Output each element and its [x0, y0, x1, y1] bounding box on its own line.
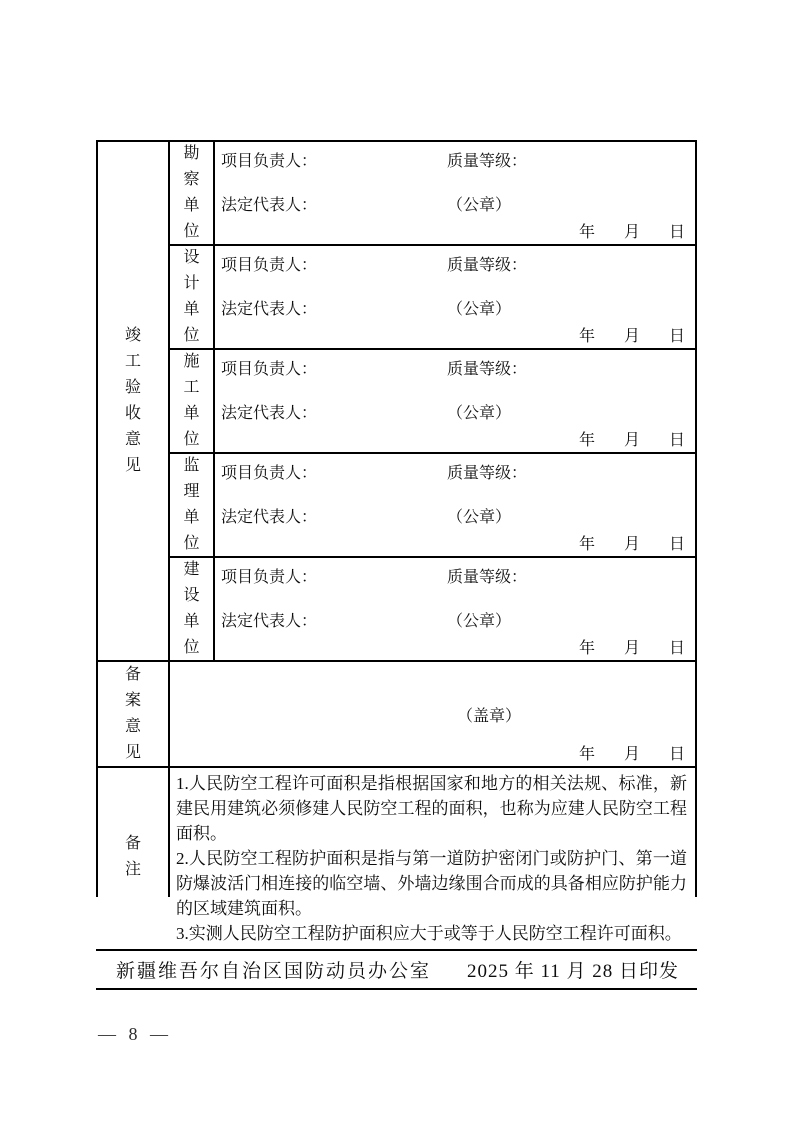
legal-rep-label: 法定代表人：: [221, 608, 447, 631]
official-seal-label: （盖章）: [457, 703, 521, 726]
unit-line-2: 法定代表人： （公章）: [221, 504, 695, 527]
unit-label-survey: 勘察单位: [183, 141, 200, 245]
quality-grade-label: 质量等级：: [447, 252, 527, 275]
company-seal-label: （公章）: [447, 296, 511, 319]
unit-line-1: 项目负责人： 质量等级：: [221, 460, 695, 483]
note-item-1: 1.人民防空工程许可面积是指根据国家和地方的相关法规、标准，新建民用建筑必须修建…: [176, 771, 687, 846]
unit-label-supervision: 监理单位: [183, 453, 200, 557]
legal-rep-label: 法定代表人：: [221, 504, 447, 527]
project-lead-label: 项目负责人：: [221, 356, 447, 379]
unit-content-cell-construction: 项目负责人： 质量等级： 法定代表人： （公章） 年 月 日: [215, 350, 695, 452]
year-label: 年: [579, 741, 595, 764]
unit-label-cell-supervision: 监理单位: [170, 454, 213, 556]
legal-rep-label: 法定代表人：: [221, 400, 447, 423]
unit-label-cell-design: 设计单位: [170, 246, 213, 348]
filing-section-label-cell: 备案意见: [98, 662, 168, 766]
day-label: 日: [669, 635, 685, 658]
date-line: 年 月 日: [579, 531, 685, 554]
acceptance-section-label-cell: 竣工验收意见: [98, 142, 168, 660]
unit-line-1: 项目负责人： 质量等级：: [221, 252, 695, 275]
year-label: 年: [579, 635, 595, 658]
month-label: 月: [624, 323, 640, 346]
date-line: 年 月 日: [579, 427, 685, 450]
company-seal-label: （公章）: [447, 400, 511, 423]
acceptance-table: 竣工验收意见 勘察单位 项目负责人： 质量等级： 法定代表人： （公章） 年 月…: [96, 140, 697, 897]
unit-label-cell-owner: 建设单位: [170, 558, 213, 660]
issuing-office: 新疆维吾尔自治区国防动员办公室: [116, 956, 431, 983]
project-lead-label: 项目负责人：: [221, 564, 447, 587]
unit-content-cell-supervision: 项目负责人： 质量等级： 法定代表人： （公章） 年 月 日: [215, 454, 695, 556]
month-label: 月: [624, 219, 640, 242]
date-line: 年 月 日: [579, 741, 685, 764]
project-lead-label: 项目负责人：: [221, 148, 447, 171]
note-item-3: 3.实测人民防空工程防护面积应大于或等于人民防空工程许可面积。: [176, 921, 687, 946]
project-lead-label: 项目负责人：: [221, 460, 447, 483]
month-label: 月: [624, 427, 640, 450]
day-label: 日: [669, 741, 685, 764]
month-label: 月: [624, 741, 640, 764]
acceptance-section-label: 竣工验收意见: [125, 323, 142, 479]
unit-content-cell-design: 项目负责人： 质量等级： 法定代表人： （公章） 年 月 日: [215, 246, 695, 348]
legal-rep-label: 法定代表人：: [221, 296, 447, 319]
page-number: — 8 —: [98, 1024, 172, 1045]
date-line: 年 月 日: [579, 635, 685, 658]
month-label: 月: [624, 531, 640, 554]
unit-label-cell-survey: 勘察单位: [170, 142, 213, 244]
unit-label-design: 设计单位: [183, 245, 200, 349]
unit-line-2: 法定代表人： （公章）: [221, 192, 695, 215]
quality-grade-label: 质量等级：: [447, 356, 527, 379]
notes-section-label: 备注: [125, 831, 142, 883]
day-label: 日: [669, 427, 685, 450]
company-seal-label: （公章）: [447, 504, 511, 527]
quality-grade-label: 质量等级：: [447, 460, 527, 483]
print-date: 2025 年 11 月 28 日印发: [467, 956, 679, 983]
company-seal-label: （公章）: [447, 192, 511, 215]
company-seal-label: （公章）: [447, 608, 511, 631]
day-label: 日: [669, 531, 685, 554]
unit-label-construction: 施工单位: [183, 349, 200, 453]
day-label: 日: [669, 323, 685, 346]
date-line: 年 月 日: [579, 323, 685, 346]
unit-line-2: 法定代表人： （公章）: [221, 296, 695, 319]
unit-line-1: 项目负责人： 质量等级：: [221, 356, 695, 379]
filing-section-label: 备案意见: [125, 662, 142, 766]
notes-section-label-cell: 备注: [98, 768, 168, 946]
note-item-2: 2.人民防空工程防护面积是指与第一道防护密闭门或防护门、第一道防爆波活门相连接的…: [176, 846, 687, 921]
year-label: 年: [579, 323, 595, 346]
notes-content-cell: 1.人民防空工程许可面积是指根据国家和地方的相关法规、标准，新建民用建筑必须修建…: [170, 768, 695, 946]
unit-label-owner: 建设单位: [183, 557, 200, 661]
date-line: 年 月 日: [579, 219, 685, 242]
colophon: 新疆维吾尔自治区国防动员办公室 2025 年 11 月 28 日印发: [96, 949, 697, 990]
month-label: 月: [624, 635, 640, 658]
unit-line-1: 项目负责人： 质量等级：: [221, 148, 695, 171]
year-label: 年: [579, 531, 595, 554]
unit-label-cell-construction: 施工单位: [170, 350, 213, 452]
year-label: 年: [579, 219, 595, 242]
unit-content-cell-owner: 项目负责人： 质量等级： 法定代表人： （公章） 年 月 日: [215, 558, 695, 660]
year-label: 年: [579, 427, 595, 450]
quality-grade-label: 质量等级：: [447, 564, 527, 587]
quality-grade-label: 质量等级：: [447, 148, 527, 171]
unit-line-2: 法定代表人： （公章）: [221, 608, 695, 631]
filing-content-cell: （盖章） 年 月 日: [170, 662, 695, 766]
document-page: 竣工验收意见 勘察单位 项目负责人： 质量等级： 法定代表人： （公章） 年 月…: [0, 0, 793, 1122]
legal-rep-label: 法定代表人：: [221, 192, 447, 215]
unit-content-cell-survey: 项目负责人： 质量等级： 法定代表人： （公章） 年 月 日: [215, 142, 695, 244]
unit-line-1: 项目负责人： 质量等级：: [221, 564, 695, 587]
day-label: 日: [669, 219, 685, 242]
unit-line-2: 法定代表人： （公章）: [221, 400, 695, 423]
project-lead-label: 项目负责人：: [221, 252, 447, 275]
